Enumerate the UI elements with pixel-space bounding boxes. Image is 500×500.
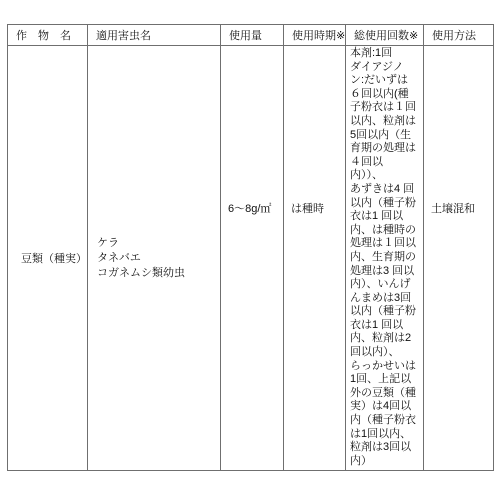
pest-name: コガネムシ類幼虫 [97, 266, 219, 281]
header-pest-name: 適用害虫名 [88, 25, 221, 46]
cell-crop-name: 豆類（種実） [8, 46, 88, 471]
header-usage-amount: 使用量 [221, 25, 284, 46]
cell-pest-names: ケラ タネバエ コガネムシ類幼虫 [88, 46, 221, 471]
header-usage-method: 使用方法 [424, 25, 494, 46]
pest-name: ケラ [97, 236, 219, 251]
pest-name: タネバエ [97, 251, 219, 266]
table-row: 豆類（種実） ケラ タネバエ コガネムシ類幼虫 6～8g/㎡ は種時 本剤:1回… [8, 46, 494, 471]
cell-usage-timing: は種時 [284, 46, 346, 471]
header-total-uses: 総使用回数※ [346, 25, 424, 46]
cell-total-uses: 本剤:1回 ダイアジノ ン:だいずは ６回以内(種 子粉衣は１回 以内、粒剤は … [346, 46, 424, 471]
header-usage-timing: 使用時期※ [284, 25, 346, 46]
page: 作 物 名 適用害虫名 使用量 使用時期※ 総使用回数※ 使用方法 豆類（種実）… [0, 0, 500, 500]
cell-usage-amount: 6～8g/㎡ [221, 46, 284, 471]
cell-usage-method: 土壌混和 [424, 46, 494, 471]
header-row: 作 物 名 適用害虫名 使用量 使用時期※ 総使用回数※ 使用方法 [8, 25, 494, 46]
pesticide-usage-table: 作 物 名 適用害虫名 使用量 使用時期※ 総使用回数※ 使用方法 豆類（種実）… [7, 24, 494, 471]
header-crop-name: 作 物 名 [8, 25, 88, 46]
